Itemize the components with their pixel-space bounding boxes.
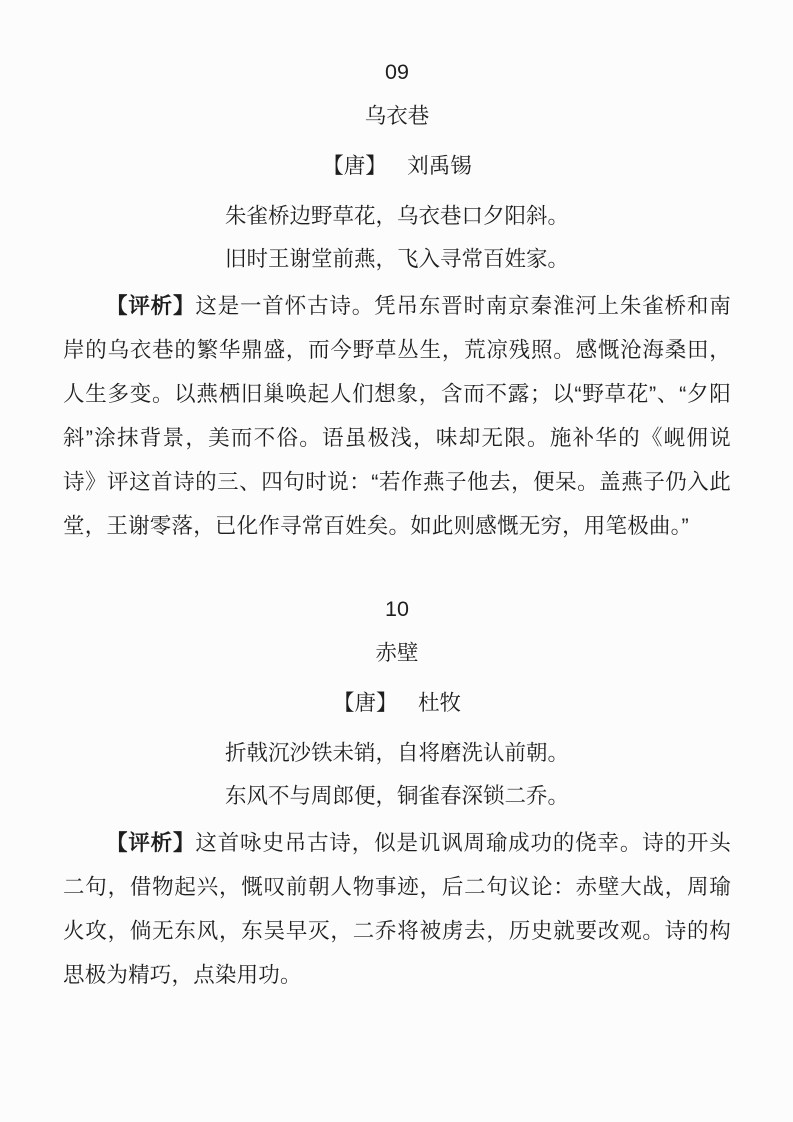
poem-title: 乌衣巷	[63, 94, 731, 138]
poem-title: 赤壁	[63, 631, 731, 675]
section-number: 09	[63, 50, 731, 94]
commentary-text: 这是一首怀古诗。凭吊东晋时南京秦淮河上朱雀桥和南岸的乌衣巷的繁华鼎盛，而今野草丛…	[63, 294, 731, 538]
poem-section-chibi: 10 赤壁 【唐】杜牧 折戟沉沙铁未销，自将磨洗认前朝。 东风不与周郎便，铜雀春…	[63, 587, 731, 997]
poem-section-wuyixiang: 09 乌衣巷 【唐】刘禹锡 朱雀桥边野草花，乌衣巷口夕阳斜。 旧时王谢堂前燕，飞…	[63, 50, 731, 548]
era-label: 【唐】	[333, 691, 398, 715]
poem-line: 东风不与周郎便，铜雀春深锁二乔。	[63, 774, 731, 818]
author-name: 刘禹锡	[407, 144, 472, 188]
commentary-paragraph: 【评析】这是一首怀古诗。凭吊东晋时南京秦淮河上朱雀桥和南岸的乌衣巷的繁华鼎盛，而…	[63, 284, 731, 548]
document-page: 09 乌衣巷 【唐】刘禹锡 朱雀桥边野草花，乌衣巷口夕阳斜。 旧时王谢堂前燕，飞…	[0, 0, 793, 1122]
poem-author-line: 【唐】杜牧	[63, 681, 731, 725]
author-name: 杜牧	[418, 681, 461, 725]
era-label: 【唐】	[322, 154, 387, 178]
commentary-paragraph: 【评析】这首咏史吊古诗，似是讥讽周瑜成功的侥幸。诗的开头二句，借物起兴，慨叹前朝…	[63, 821, 731, 997]
poem-line: 折戟沉沙铁未销，自将磨洗认前朝。	[63, 731, 731, 775]
section-number: 10	[63, 587, 731, 631]
poem-line: 旧时王谢堂前燕，飞入寻常百姓家。	[63, 237, 731, 281]
poem-author-line: 【唐】刘禹锡	[63, 144, 731, 188]
poem-line: 朱雀桥边野草花，乌衣巷口夕阳斜。	[63, 194, 731, 238]
commentary-label: 【评析】	[106, 831, 195, 855]
commentary-label: 【评析】	[106, 294, 195, 318]
